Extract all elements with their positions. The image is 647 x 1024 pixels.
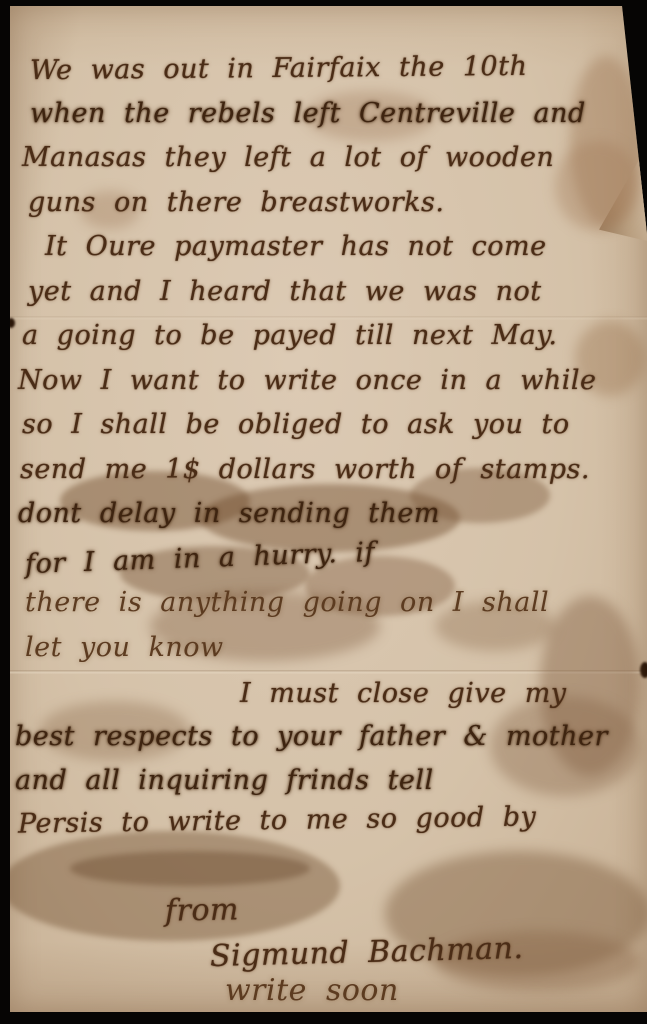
letter-line: a going to be payed till next May. — [22, 321, 557, 351]
ink-stain — [555, 141, 640, 231]
letter-line: I must close give my — [240, 679, 567, 709]
letter-line: send me 1$ dollars worth of stamps. — [20, 455, 590, 485]
letter-paper: We was out in Fairfaix the 10th when the… — [10, 6, 647, 1012]
letter-line: Manasas they left a lot of wooden — [22, 143, 554, 173]
edge-notch — [640, 662, 647, 678]
signature-name: Sigmund Bachman. — [210, 932, 524, 973]
letter-line: Now I want to write once in a while — [18, 366, 596, 396]
letter-line: when the rebels left Centreville and — [30, 99, 586, 129]
letter-line: so I shall be obliged to ask you to — [22, 410, 570, 440]
letter-line: yet and I heard that we was not — [28, 277, 542, 307]
letter-line: guns on there breastworks. — [28, 188, 444, 218]
letter-line: dont delay in sending them — [18, 499, 440, 529]
letter-line: and all inquiring frinds tell — [15, 766, 434, 796]
letter-line: We was out in Fairfaix the 10th — [30, 52, 528, 86]
letter-line: there is anything going on I shall — [25, 588, 549, 618]
letter-scan: We was out in Fairfaix the 10th when the… — [0, 0, 647, 1024]
signature-from: from — [165, 893, 240, 927]
letter-line: It Oure paymaster has not come — [45, 232, 547, 262]
bleed-through-writing — [70, 851, 310, 886]
letter-line: Persis to write to me so good by — [18, 802, 537, 839]
letter-line: let you know — [25, 633, 224, 663]
edge-notch — [7, 318, 15, 328]
letter-line: best respects to your father & mother — [15, 722, 608, 752]
signature-write-soon: write soon — [225, 974, 399, 1007]
